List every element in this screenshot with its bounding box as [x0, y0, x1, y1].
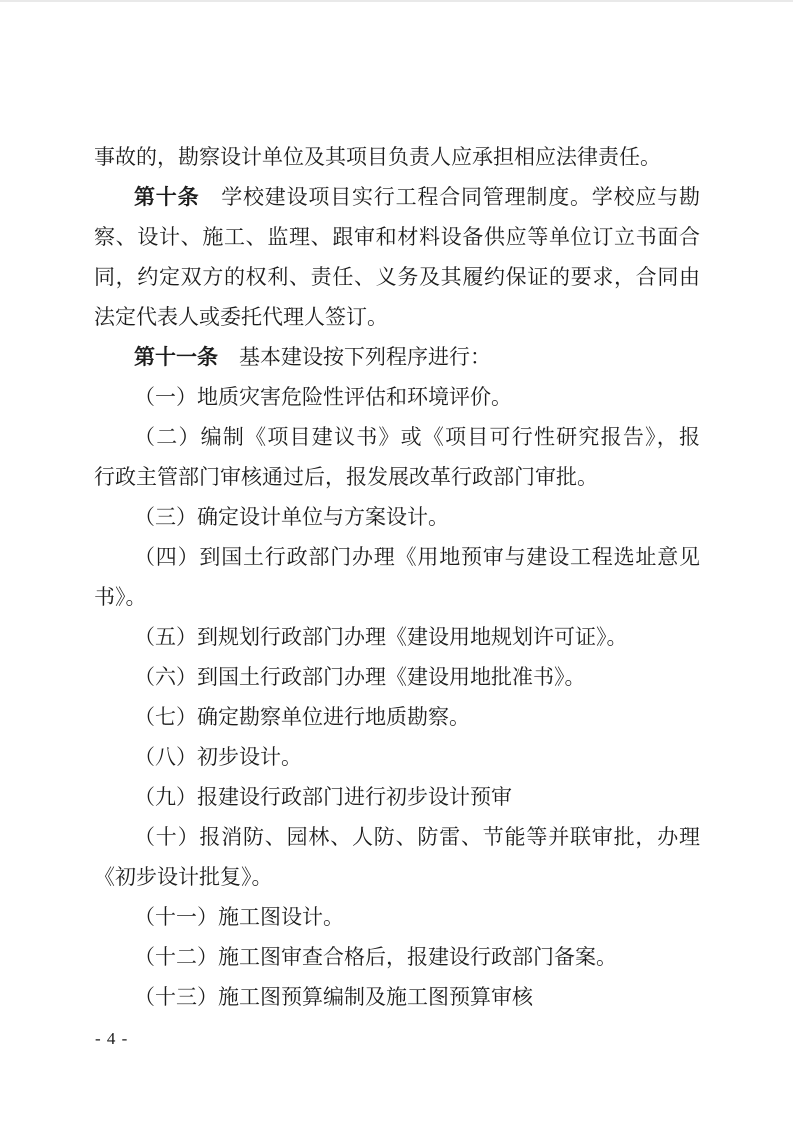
text-line: （八）初步设计。 — [94, 737, 700, 777]
text-line: （十三）施工图预算编制及施工图预算审核 — [94, 977, 700, 1017]
line-text: 察、设计、施工、监理、跟审和材料设备供应等单位订立书面合 — [94, 225, 700, 249]
text-line: （二）编制《项目建议书》或《项目可行性研究报告》，报 — [94, 417, 700, 457]
line-text: 事故的，勘察设计单位及其项目负责人应承担相应法律责任。 — [94, 145, 661, 169]
line-text: （六）到国土行政部门办理《建设用地批准书》。 — [134, 665, 586, 689]
document-page: 事故的，勘察设计单位及其项目负责人应承担相应法律责任。 第十条 学校建设项目实行… — [0, 0, 793, 1122]
text-line: （一）地质灾害危险性评估和环境评价。 — [94, 377, 700, 417]
text-line: （四）到国土行政部门办理《用地预审与建设工程选址意见 — [94, 537, 700, 577]
text-line: 法定代表人或委托代理人签订。 — [94, 297, 700, 337]
text-line: （七）确定勘察单位进行地质勘察。 — [94, 697, 700, 737]
text-line: （六）到国土行政部门办理《建设用地批准书》。 — [94, 657, 700, 697]
line-text: （三）确定设计单位与方案设计。 — [134, 505, 449, 529]
line-text: 书》。 — [94, 585, 147, 609]
line-text: （九）报建设行政部门进行初步设计预审 — [134, 785, 512, 809]
text-line: 书》。 — [94, 577, 700, 617]
text-line: 行政主管部门审核通过后，报发展改革行政部门审批。 — [94, 457, 700, 497]
text-line: （九）报建设行政部门进行初步设计预审 — [94, 777, 700, 817]
text-line: 同，约定双方的权利、责任、义务及其履约保证的要求，合同由 — [94, 257, 700, 297]
line-text: （一）地质灾害危险性评估和环境评价。 — [134, 385, 512, 409]
line-text: （八）初步设计。 — [134, 745, 302, 769]
line-text: （七）确定勘察单位进行地质勘察。 — [134, 705, 470, 729]
text-line: （十一）施工图设计。 — [94, 897, 700, 937]
text-line: 第十条 学校建设项目实行工程合同管理制度。学校应与勘 — [94, 177, 700, 217]
line-text: （十三）施工图预算编制及施工图预算审核 — [134, 985, 533, 1009]
article-heading: 第十一条 — [134, 345, 218, 369]
line-text: 同，约定双方的权利、责任、义务及其履约保证的要求，合同由 — [94, 265, 700, 289]
text-line: 第十一条 基本建设按下列程序进行： — [94, 337, 700, 377]
line-text: （五）到规划行政部门办理《建设用地规划许可证》。 — [134, 625, 628, 649]
article-heading: 第十条 — [134, 185, 199, 209]
text-line: （十）报消防、园林、人防、防雷、节能等并联审批，办理 — [94, 817, 700, 857]
line-text: 基本建设按下列程序进行： — [218, 345, 491, 369]
page-number: - 4 - — [95, 1028, 128, 1050]
line-text: 行政主管部门审核通过后，报发展改革行政部门审批。 — [94, 465, 598, 489]
text-line: 事故的，勘察设计单位及其项目负责人应承担相应法律责任。 — [94, 137, 700, 177]
line-text: （十）报消防、园林、人防、防雷、节能等并联审批，办理 — [134, 825, 700, 849]
line-text: 《初步设计批复》。 — [94, 865, 273, 889]
line-text: （二）编制《项目建议书》或《项目可行性研究报告》，报 — [134, 425, 700, 449]
text-line: （三）确定设计单位与方案设计。 — [94, 497, 700, 537]
text-line: 察、设计、施工、监理、跟审和材料设备供应等单位订立书面合 — [94, 217, 700, 257]
text-line: （十二）施工图审查合格后，报建设行政部门备案。 — [94, 937, 700, 977]
document-body: 事故的，勘察设计单位及其项目负责人应承担相应法律责任。 第十条 学校建设项目实行… — [94, 137, 700, 1017]
line-text: 法定代表人或委托代理人签订。 — [94, 305, 388, 329]
line-text: 学校建设项目实行工程合同管理制度。学校应与勘 — [199, 185, 700, 209]
text-line: （五）到规划行政部门办理《建设用地规划许可证》。 — [94, 617, 700, 657]
text-line: 《初步设计批复》。 — [94, 857, 700, 897]
line-text: （四）到国土行政部门办理《用地预审与建设工程选址意见 — [134, 545, 700, 569]
line-text: （十二）施工图审查合格后，报建设行政部门备案。 — [134, 945, 617, 969]
line-text: （十一）施工图设计。 — [134, 905, 344, 929]
